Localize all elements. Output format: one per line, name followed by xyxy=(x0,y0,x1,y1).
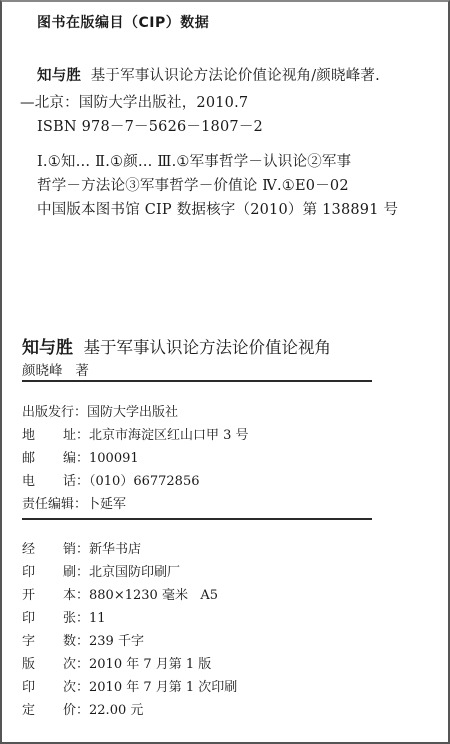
edition-row: 版次：2010 年 7 月第 1 版 xyxy=(22,653,211,672)
address-row: 地址：北京市海淀区红山口甲 3 号 xyxy=(22,424,249,443)
cip-subjects-line2: 哲学－方法论③军事哲学－价值论 Ⅳ.①E0－02 xyxy=(37,174,349,195)
colophon-author: 颜晓峰 著 xyxy=(22,359,89,379)
sheets-label-suffix: 张： xyxy=(63,611,89,626)
printer-label-suffix: 刷： xyxy=(63,565,89,580)
colophon-title-bold: 知与胜 xyxy=(22,338,73,358)
editor-row: 责任编辑：卜延军 xyxy=(22,493,126,512)
sheets-label: 印 xyxy=(22,607,63,626)
printing-label-suffix: 次： xyxy=(63,680,89,695)
wordcount-value: 239 千字 xyxy=(89,634,144,649)
price-label: 定 xyxy=(22,699,63,718)
wordcount-label: 字 xyxy=(22,630,63,649)
printing-value: 2010 年 7 月第 1 次印刷 xyxy=(89,680,237,695)
phone-label: 电 xyxy=(22,470,63,489)
colophon-title-rest: 基于军事认识论方法论价值论视角 xyxy=(73,338,331,357)
postcode-label-suffix: 编： xyxy=(63,451,89,466)
divider-top xyxy=(22,380,372,382)
postcode-label: 邮 xyxy=(22,447,63,466)
publisher-value: 国防大学出版社 xyxy=(87,405,178,420)
phone-label-suffix: 话： xyxy=(63,474,89,489)
postcode-row: 邮编：100091 xyxy=(22,447,139,466)
postcode-value: 100091 xyxy=(89,451,139,466)
cip-heading: 图书在版编目（CIP）数据 xyxy=(37,12,209,32)
printing-row: 印次：2010 年 7 月第 1 次印刷 xyxy=(22,676,237,695)
format-value: 880×1230 毫米 A5 xyxy=(89,588,218,603)
cip-title-rest: 基于军事认识论方法论价值论视角/颜晓峰著. xyxy=(81,68,380,84)
address-value: 北京市海淀区红山口甲 3 号 xyxy=(89,428,249,443)
cip-title-line: 知与胜 基于军事认识论方法论价值论视角/颜晓峰著. xyxy=(37,64,380,85)
edition-value: 2010 年 7 月第 1 版 xyxy=(89,657,211,672)
price-value: 22.00 元 xyxy=(89,703,143,718)
phone-row: 电话：（010）66772856 xyxy=(22,470,200,489)
distributor-row: 经销：新华书店 xyxy=(22,538,141,557)
sheets-row: 印张：11 xyxy=(22,607,106,626)
distributor-label-suffix: 销： xyxy=(63,542,89,557)
address-label: 地 xyxy=(22,424,63,443)
publisher-label: 出版发行： xyxy=(22,405,87,420)
printer-row: 印刷：北京国防印刷厂 xyxy=(22,561,180,580)
publisher-row: 出版发行：国防大学出版社 xyxy=(22,401,178,420)
colophon-title: 知与胜 基于军事认识论方法论价值论视角 xyxy=(22,333,331,358)
cip-number: 中国版本图书馆 CIP 数据核字（2010）第 138891 号 xyxy=(37,198,398,219)
wordcount-label-suffix: 数： xyxy=(63,634,89,649)
edition-label: 版 xyxy=(22,653,63,672)
printer-label: 印 xyxy=(22,561,63,580)
wordcount-row: 字数：239 千字 xyxy=(22,630,144,649)
printing-label: 印 xyxy=(22,676,63,695)
format-row: 开本：880×1230 毫米 A5 xyxy=(22,584,218,603)
phone-value: （010）66772856 xyxy=(89,474,199,489)
divider-bottom xyxy=(22,518,372,520)
price-label-suffix: 价： xyxy=(63,703,89,718)
sheets-value: 11 xyxy=(89,611,106,626)
cip-publisher-line: —北京：国防大学出版社，2010.7 xyxy=(20,91,248,112)
editor-value: 卜延军 xyxy=(87,497,126,512)
cip-subjects-line1: Ⅰ.①知… Ⅱ.①颜… Ⅲ.①军事哲学－认识论②军事 xyxy=(37,150,351,171)
address-label-suffix: 址： xyxy=(63,428,89,443)
format-label: 开 xyxy=(22,584,63,603)
distributor-label: 经 xyxy=(22,538,63,557)
distributor-value: 新华书店 xyxy=(89,542,141,557)
format-label-suffix: 本： xyxy=(63,588,89,603)
cip-title-bold: 知与胜 xyxy=(37,68,81,84)
printer-value: 北京国防印刷厂 xyxy=(89,565,180,580)
editor-label: 责任编辑： xyxy=(22,497,87,512)
price-row: 定价：22.00 元 xyxy=(22,699,143,718)
edition-label-suffix: 次： xyxy=(63,657,89,672)
cip-isbn: ISBN 978－7－5626－1807－2 xyxy=(37,115,263,136)
